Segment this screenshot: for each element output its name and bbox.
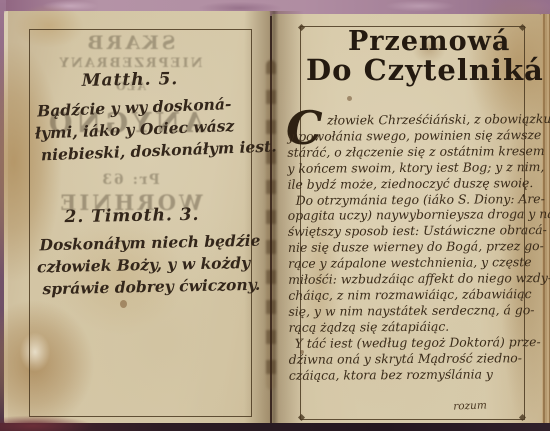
text-line: świętszy sposob iest: Ustáwiczne obracá- [288, 223, 526, 241]
book-cover-bottom-corner [0, 414, 110, 431]
text-line: czáiąca, ktora bez rozmyślánia y [289, 366, 527, 384]
scripture-verse-matthew: Bądźcie y wy doskoná-łymi, iáko y Ociec … [37, 91, 275, 166]
text-line: Y táć iest (według tegoż Doktorá) prze- [289, 334, 527, 352]
text-line: rące y zápalone westchnienia, y częste [288, 254, 526, 272]
preface-title-line1: Przemowá [348, 28, 510, 55]
scripture-heading-timothy: 2. Timoth. 3. [22, 204, 242, 228]
text-line: dźiwna oná y skrytá Mądrość ziedno- [289, 350, 527, 368]
text-line: złowiek Chrześćiáński, z obowiązku [287, 111, 525, 129]
text-line: y powołánia swego, powinien się záwsze [287, 127, 525, 145]
show-through-text: Pr: 63 [80, 172, 180, 188]
text-line: stáráć, o złączenie się z ostátnim krese… [287, 143, 525, 161]
text-line: ile bydź może, ziednoczyć duszę swoię. [288, 175, 526, 193]
book-photo: SKARB NIEPRZEBRANY AŁO ANYGNO Pr: 63 WOR… [0, 0, 550, 431]
scripture-heading-matthew: Matth. 5. [20, 68, 240, 92]
text-line: cháiąc, z nim rozmawiáiąc, zábawiáiąc [288, 286, 526, 304]
text-line: spráwie dobrey ćwiczony. [42, 274, 263, 301]
text-line: y końcem swoim, ktory iest Bog; y z nim, [287, 159, 525, 177]
text-line: Do otrzymánia tego (iáko S. Diony: Are- [288, 191, 526, 209]
text-line: się, y w nim naystátek serdeczną, á go- [288, 302, 526, 320]
text-line: rącą żądzą się zátapiáiąc. [289, 318, 527, 336]
text-line: miłośći: wzbudzáiąc affekt do niego wzdy… [288, 270, 526, 288]
scripture-verse-timothy: Doskonáłym niech będźieczłowiek Boży, y … [39, 230, 261, 301]
preface-body-text: złowiek Chrześćiáński, z obowiązkuy powo… [287, 111, 527, 383]
text-line: nie się dusze wierney do Bogá, przez go- [288, 238, 526, 256]
preface-title-line2: Do Czytelniká [306, 56, 544, 85]
text-line: opagita uczy) naywybornieysza droga y na… [288, 207, 526, 225]
show-through-text: SKARB [60, 32, 200, 54]
